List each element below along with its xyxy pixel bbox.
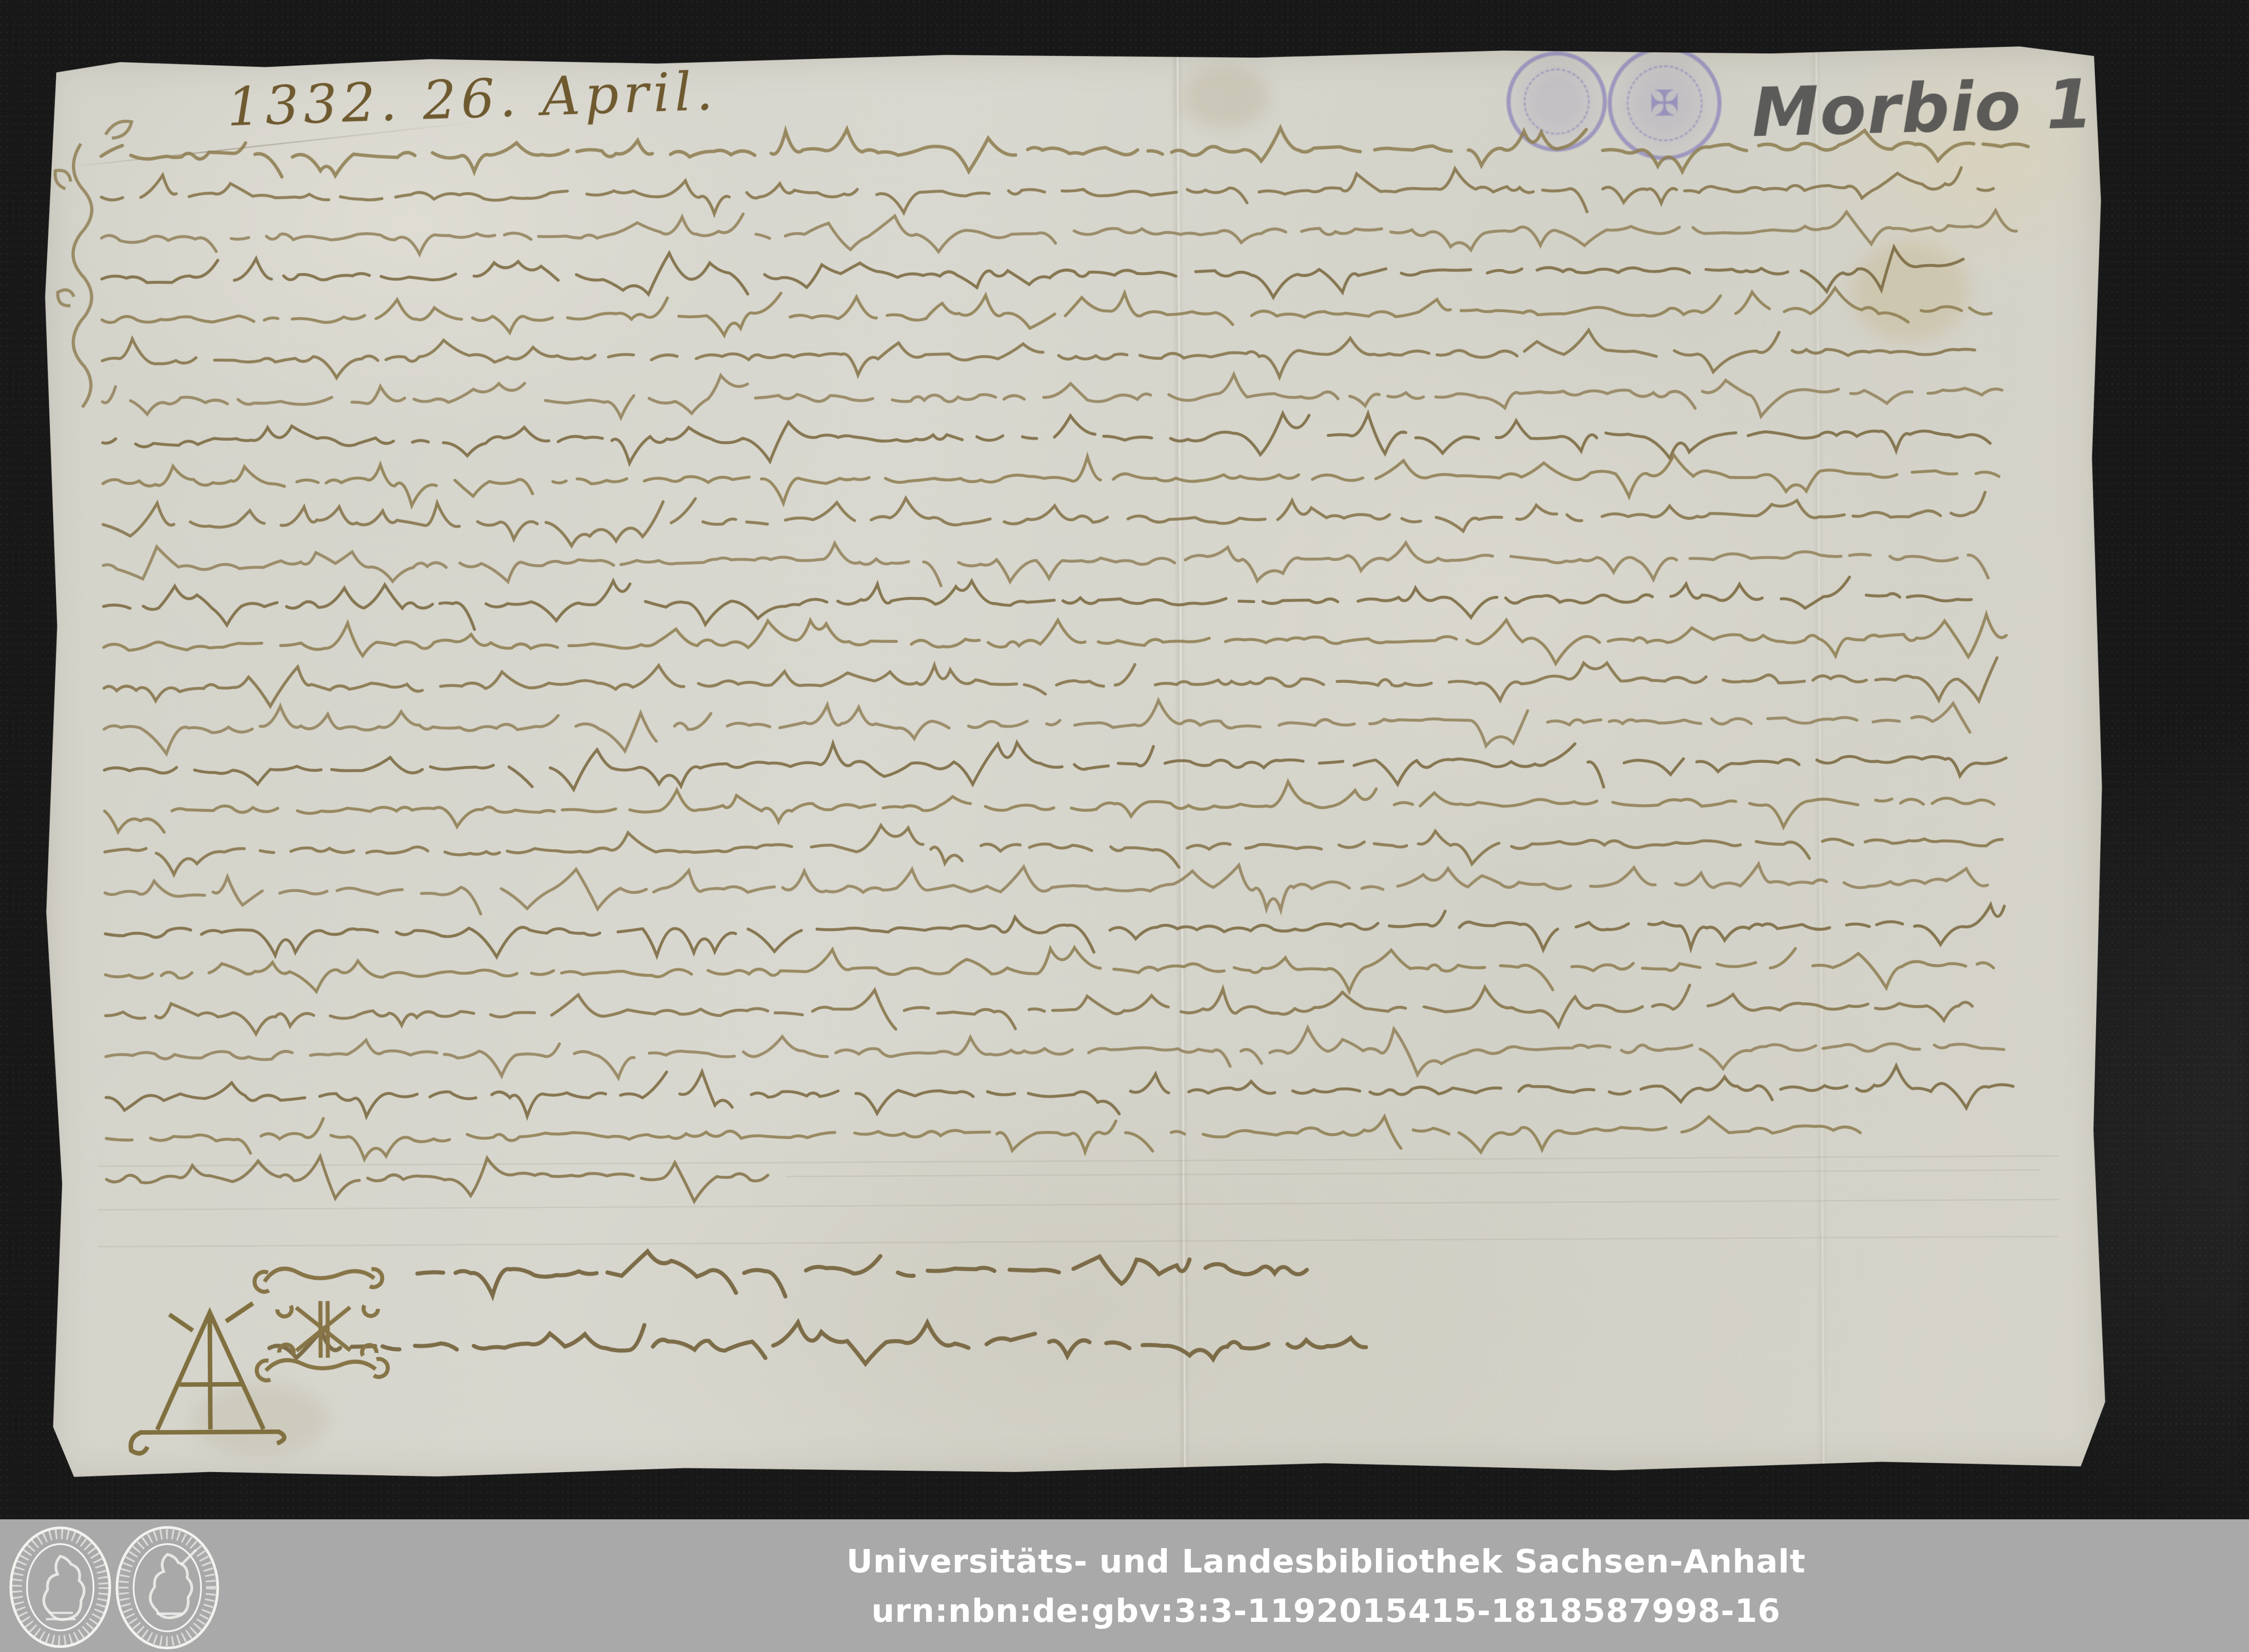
handwritten-line [103,574,1971,631]
handwritten-line [102,207,2025,257]
handwritten-line [104,658,1998,711]
parchment-charter: 1332. 26. April. Morbio 19 (124) ✠ [38,43,2110,1484]
urn-identifier: urn:nbn:de:gbv:3:3-1192015415-1818587998… [871,1592,1780,1630]
footer-text-block: Universitäts- und Landesbibliothek Sachs… [0,1519,2249,1652]
handwritten-line [103,537,2007,590]
digitized-manuscript-scan: 1332. 26. April. Morbio 19 (124) ✠ x·rit… [0,0,2249,1652]
handwritten-line [102,287,1992,339]
handwritten-line [417,1248,1307,1298]
handwritten-line [104,737,2015,795]
handwritten-line [105,943,2007,998]
handwritten-line [106,1110,1873,1161]
latin-cursive-text-block [38,43,2110,1484]
handwritten-line [103,410,1990,467]
handwritten-line [106,1065,2030,1119]
margin-flourish-doodle [55,121,133,407]
handwritten-line [106,984,1972,1034]
handwritten-line [104,696,1970,754]
institution-name: Universitäts- und Landesbibliothek Sachs… [847,1542,1806,1580]
handwritten-line [104,778,1994,836]
handwritten-line [101,123,2028,180]
handwritten-line [105,819,2003,875]
handwritten-line [105,904,2005,959]
handwritten-line [102,328,1994,383]
handwritten-line [106,1024,2004,1082]
handwritten-line [105,861,1988,917]
handwritten-line [103,614,2006,671]
notary-mark [255,1268,388,1381]
handwritten-line [269,1320,1366,1367]
ruled-guidelines [38,43,2102,54]
handwritten-line [102,369,2002,425]
handwritten-line [102,246,1963,304]
handwritten-line [107,1154,768,1204]
handwritten-line [103,452,1999,507]
handwritten-line [101,166,1994,219]
metadata-footer-bar: Universitäts- und Landesbibliothek Sachs… [0,1519,2249,1652]
handwritten-line [103,492,1985,548]
